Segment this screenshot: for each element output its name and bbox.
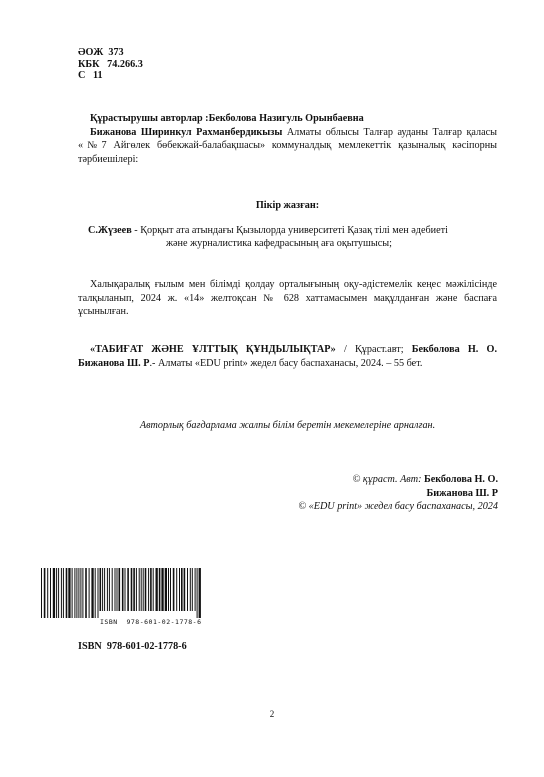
isbn-number: ISBN 978-601-02-1778-6 bbox=[78, 641, 187, 652]
author-mark: С 11 bbox=[78, 70, 143, 82]
authors-block: Құрастырушы авторлар :Бекболова Назигуль… bbox=[78, 112, 497, 166]
citation-rest: .- Алматы «EDU print» жедел басу баспаха… bbox=[149, 358, 422, 369]
classification-codes: ӘОЖ 373 КБК 74.266.3 С 11 bbox=[78, 47, 143, 82]
approval-paragraph: Халықаралық ғылым мен білімді қолдау орт… bbox=[78, 278, 497, 319]
copyright-author-1: Бекболова Н. О. bbox=[424, 474, 498, 485]
copyright-author-2: Бижанова Ш. Р bbox=[298, 487, 498, 501]
copyright-block: © құраст. Авт: Бекболова Н. О. Бижанова … bbox=[298, 473, 498, 514]
lbc-code: КБК 74.266.3 bbox=[78, 59, 143, 71]
dedication: Авторлық бағдарлама жалпы білім беретін … bbox=[78, 420, 497, 431]
copyright-publisher: © «EDU print» жедел басу баспаханасы, 20… bbox=[298, 500, 498, 514]
author-2: Бижанова Ширинкул Рахманбердикызы bbox=[90, 127, 282, 138]
udc-code: ӘОЖ 373 bbox=[78, 47, 143, 59]
book-title: «ТАБИҒАТ ЖӘНЕ ҰЛТТЫҚ ҚҰНДЫЛЫҚТАР» bbox=[90, 344, 336, 355]
reviewer-desc-line1: - Қорқыт ата атындағы Қызылорда универси… bbox=[132, 225, 448, 236]
author-1: Бекболова Назигуль Орынбаевна bbox=[209, 113, 364, 124]
page-number: 2 bbox=[0, 709, 544, 719]
barcode-caption: ISBN 978-601-02-1778-6 bbox=[100, 618, 202, 626]
isbn-barcode: ISBN 978-601-02-1778-6 bbox=[40, 568, 202, 626]
authors-label: Құрастырушы авторлар : bbox=[90, 113, 209, 124]
barcode-bars bbox=[40, 568, 202, 618]
reviewer-block: С.Жүзеев - Қорқыт ата атындағы Қызылорда… bbox=[88, 224, 498, 250]
copyright-prefix: © құраст. Авт: bbox=[353, 474, 424, 485]
citation-paragraph: «ТАБИҒАТ ЖӘНЕ ҰЛТТЫҚ ҚҰНДЫЛЫҚТАР» / Құра… bbox=[78, 343, 497, 370]
reviewer-name: С.Жүзеев bbox=[88, 225, 132, 236]
review-title: Пікір жазған: bbox=[78, 200, 497, 211]
citation-compiled: / Құраст.авт; bbox=[336, 344, 412, 355]
reviewer-desc-line2: және журналистика кафедрасының аға оқыту… bbox=[88, 237, 498, 250]
